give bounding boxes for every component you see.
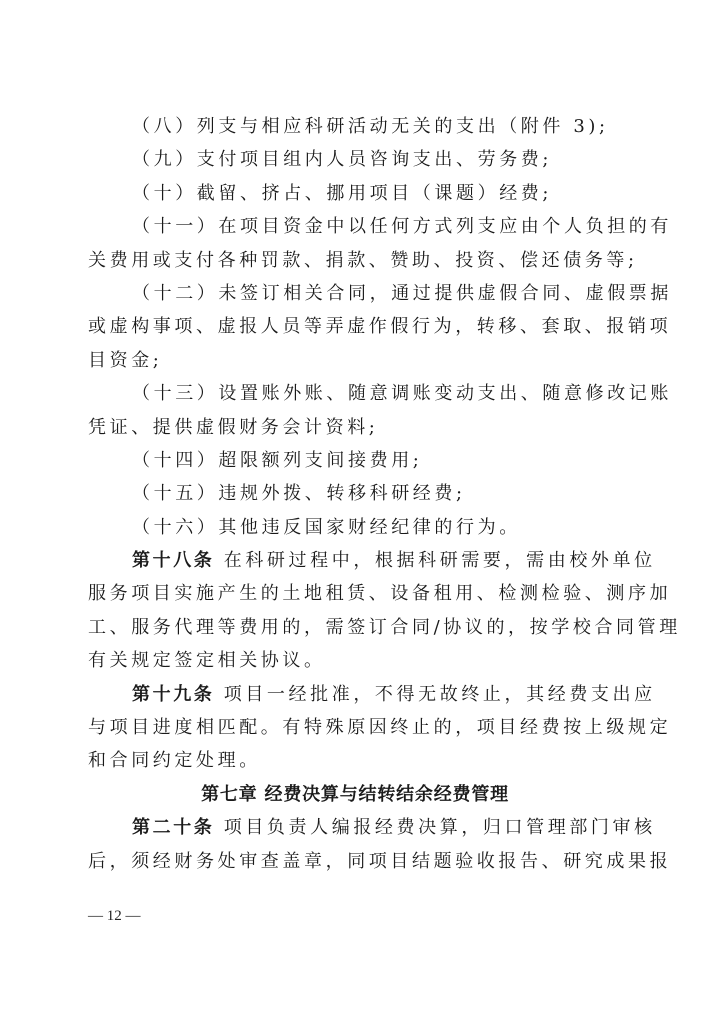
- list-item-11: （十一）在项目资金中以任何方式列支应由个人负担的有: [88, 210, 614, 243]
- article-18: 第十八条 在科研过程中，根据科研需要，需由校外单位: [88, 544, 614, 577]
- article-18-cont-2: 工、服务代理等费用的，需签订合同/协议的，按学校合同管理: [88, 611, 614, 644]
- page-number: — 12 —: [88, 908, 141, 925]
- article-19-title: 第十九条: [132, 684, 214, 705]
- article-20: 第二十条 项目负责人编报经费决算，归口管理部门审核: [88, 811, 614, 844]
- chapter-heading: 第七章 经费决算与结转结余经费管理: [88, 778, 614, 811]
- list-item-12: （十二）未签订相关合同，通过提供虚假合同、虚假票据: [88, 277, 614, 310]
- article-19-cont-2: 和合同约定处理。: [88, 744, 614, 777]
- list-item-14: （十四）超限额列支间接费用;: [88, 444, 614, 477]
- article-19: 第十九条 项目一经批准，不得无故终止，其经费支出应: [88, 678, 614, 711]
- list-item-11-cont: 关费用或支付各种罚款、捐款、赞助、投资、偿还债务等;: [88, 244, 614, 277]
- list-item-15: （十五）违规外拨、转移科研经费;: [88, 477, 614, 510]
- article-18-cont-3: 有关规定签定相关协议。: [88, 644, 614, 677]
- list-item-13: （十三）设置账外账、随意调账变动支出、随意修改记账: [88, 377, 614, 410]
- article-18-title: 第十八条: [132, 550, 214, 571]
- article-18-cont-1: 服务项目实施产生的土地租赁、设备租用、检测检验、测序加: [88, 577, 614, 610]
- list-item-9: （九）支付项目组内人员咨询支出、劳务费;: [88, 143, 614, 176]
- article-20-text: 项目负责人编报经费决算，归口管理部门审核: [224, 817, 656, 838]
- list-item-13-cont: 凭证、提供虚假财务会计资料;: [88, 411, 614, 444]
- document-page: （八）列支与相应科研活动无关的支出（附件 3); （九）支付项目组内人员咨询支出…: [88, 110, 614, 878]
- list-item-12-cont-1: 或虚构事项、虚报人员等弄虚作假行为，转移、套取、报销项: [88, 310, 614, 343]
- article-19-text: 项目一经批准，不得无故终止，其经费支出应: [224, 684, 656, 705]
- list-item-12-cont-2: 目资金;: [88, 344, 614, 377]
- article-20-title: 第二十条: [132, 817, 214, 838]
- list-item-16: （十六）其他违反国家财经纪律的行为。: [88, 511, 614, 544]
- article-18-text: 在科研过程中，根据科研需要，需由校外单位: [224, 550, 656, 571]
- article-19-cont-1: 与项目进度相匹配。有特殊原因终止的，项目经费按上级规定: [88, 711, 614, 744]
- article-20-cont-1: 后，须经财务处审查盖章，同项目结题验收报告、研究成果报: [88, 845, 614, 878]
- list-item-10: （十）截留、挤占、挪用项目（课题）经费;: [88, 177, 614, 210]
- list-item-8: （八）列支与相应科研活动无关的支出（附件 3);: [88, 110, 614, 143]
